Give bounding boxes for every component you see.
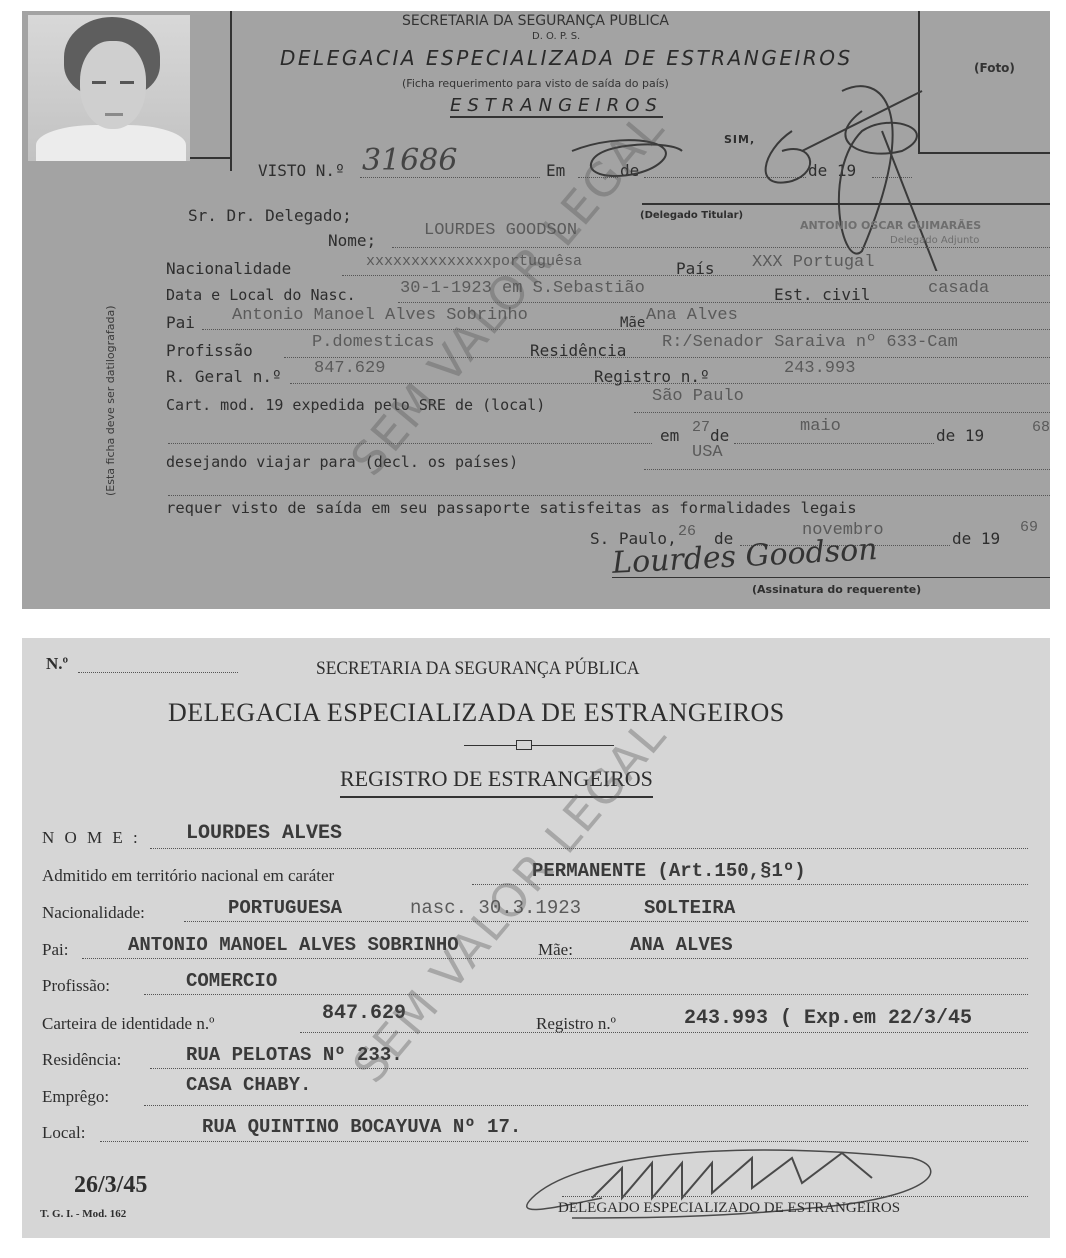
visto-dotline [360,177,540,178]
viajar-label: desejando viajar para (decl. os países) [166,453,518,471]
em-year: 68 [1032,419,1050,436]
profissao-dotline [284,357,1050,358]
nome-dotline [150,848,1028,849]
profissao-label: Profissão [166,341,253,360]
photo-eye [92,81,106,84]
pai-label: Pai [166,313,195,332]
salutation: Sr. Dr. Delegado; [188,206,352,225]
photo-frame-line [190,157,232,159]
profissao-label: Profissão: [42,976,110,996]
registro-label: Registro n.º [536,1014,616,1034]
cart-value: São Paulo [652,387,744,406]
delegado-titular-label: (Delegado Titular) [640,210,743,221]
photo-frame-line [230,11,232,171]
photo-eye [120,81,134,84]
em-de19-label: de 19 [936,426,984,445]
emprego-value: CASA CHABY. [186,1074,311,1096]
stamp-name: ANTONIO OSCAR GUIMARÃES [800,219,981,232]
mae-value: Ana Alves [646,306,738,325]
registro-label: Registro n.º [594,367,710,386]
pai-value: ANTONIO MANOEL ALVES SOBRINHO [128,934,459,956]
residencia-label: Residência: [42,1050,121,1070]
visto-label: VISTO N.º [258,161,345,180]
registration-date: 26/3/45 [74,1172,147,1199]
estado-civil-value: SOLTEIRA [644,897,735,919]
local-label: Local: [42,1123,85,1143]
em-month: maio [800,417,841,436]
header-secretaria: SECRETARIA DA SEGURANÇA PUBLICA [402,13,669,29]
mae-label: Mãe [620,315,645,331]
nacionalidade-dotline [184,921,1028,922]
residencia-dotline [150,1068,1028,1069]
residencia-value: R:/Senador Saraiva nº 633-Cam [662,333,958,352]
exit-visa-form-card: SECRETARIA DA SEGURANÇA PUBLICA D. O. P.… [22,11,1050,609]
signature-dotline [562,1196,1028,1197]
visto-number: 31686 [362,143,457,178]
header-title: DELEGACIA ESPECIALIZADA DE ESTRANGEIROS [168,698,785,728]
sign-de19-label: de 19 [952,529,1000,548]
photo-mouth [105,113,123,116]
ornament-line-right [532,745,614,746]
pais-label: País [676,259,715,278]
nome-dotline [392,247,1050,248]
pai-label: Pai: [42,940,68,960]
carteira-label: Carteira de identidade n.º [42,1014,214,1034]
cart-dotline [634,412,1050,413]
profissao-value: COMERCIO [186,970,277,992]
sign-year: 69 [1020,519,1038,536]
header-dops: D. O. P. S. [532,31,580,42]
viajar-dotline [644,469,1050,470]
requer-text: requer visto de saída em seu passaporte … [166,499,857,517]
stamp-title: Delegado Adjunto [890,235,979,246]
est-civil-value: casada [928,279,989,298]
applicant-photo [28,15,190,161]
foreigner-registration-card: N.º SECRETARIA DA SEGURANÇA PÚBLICA DELE… [22,638,1050,1238]
nasc-label: Data e Local do Nasc. [166,286,356,304]
signature-rule [612,577,1050,578]
numero-dotline [78,672,238,673]
header-secretaria: SECRETARIA DA SEGURANÇA PÚBLICA [316,658,639,680]
nacionalidade-label: Nacionalidade [166,259,291,278]
signature-caption: (Assinatura do requerente) [752,583,921,596]
em-day: 27 [692,419,710,436]
numero-label: N.º [46,654,68,674]
admitido-label: Admitido em território nacional em carát… [42,866,334,886]
ornament-line-left [464,745,516,746]
sign-day: 26 [678,523,696,540]
nacionalidade-label: Nacionalidade: [42,903,145,923]
nacionalidade-value: PORTUGUESA [228,897,342,919]
form-code: T. G. I. - Mod. 162 [40,1208,126,1220]
viajar-value: USA [692,443,723,462]
cart-label: Cart. mod. 19 expedida pelo SRE de (loca… [166,396,545,414]
mae-label: Mãe: [538,940,573,960]
nome-label: N O M E : [42,828,141,848]
signature-caption: DELEGADO ESPECIALIZADO DE ESTRANGEIROS [558,1200,900,1217]
registro-value: 243.993 [784,359,855,378]
delegado-rule [642,203,1050,205]
emprego-label: Emprêgo: [42,1087,109,1107]
registro-value: 243.993 ( Exp.em 22/3/45 [684,1007,972,1030]
em-label: em [660,426,679,445]
rgeral-value: 847.629 [314,359,385,378]
pais-value: XXX Portugal [752,253,874,272]
nome-label: Nome; [328,231,376,250]
emprego-dotline [144,1105,1028,1106]
profissao-dotline [144,994,1028,995]
photo-collar [36,125,186,161]
blank-dotline [168,495,1050,496]
ornament-box-icon [516,740,532,750]
local-value: RUA QUINTINO BOCAYUVA Nº 17. [202,1116,521,1138]
month-dotline [734,443,934,444]
header-title: DELEGACIA ESPECIALIZADA DE ESTRANGEIROS [280,46,853,70]
nome-value: LOURDES ALVES [186,822,342,845]
mae-value: ANA ALVES [630,934,733,956]
side-note: (Esta ficha deve ser datilografada) [104,305,117,496]
residencia-label: Residência [530,341,626,360]
rgeral-label: R. Geral n.º [166,367,282,386]
profissao-value: P.domesticas [312,333,434,352]
est-civil-label: Est. civil [774,285,870,304]
